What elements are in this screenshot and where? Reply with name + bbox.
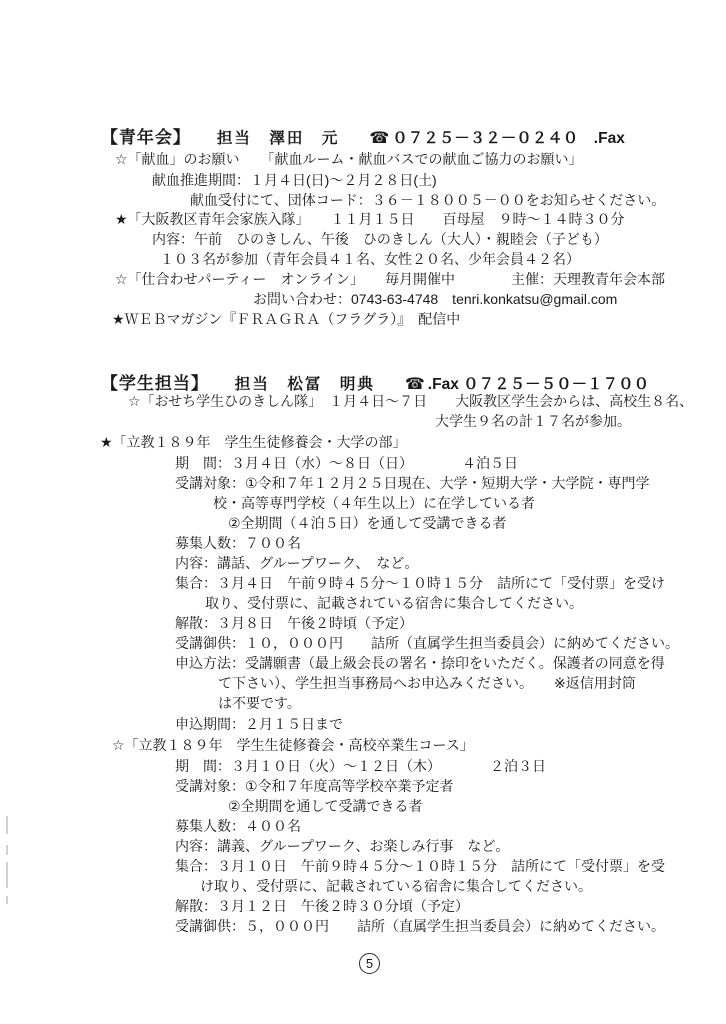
text-line: 取り、受付票に、記載されている宿舎に集合してください。 xyxy=(205,593,583,613)
text-line: 募集人数：７００名 xyxy=(175,533,301,553)
text-line: お問い合わせ：0743-63-4748 tenri.konkatsu@gmail… xyxy=(253,289,617,309)
text-line: は不要です。 xyxy=(218,693,301,713)
text-line: 集合：３月４日 午前９時４５分～１０時１５分 詰所にて「受付票」を受け xyxy=(175,573,665,593)
text-line: 申込期間：２月１５日まで xyxy=(175,714,343,734)
text-line: 校・高等専門学校（４年生以上）に在学している者 xyxy=(213,493,535,513)
text-line: 内容：講話、グループワーク、 など。 xyxy=(175,553,418,573)
text-line: ②全期間を通して受講できる者 xyxy=(228,796,423,816)
phone-icon: ☎ xyxy=(369,130,389,147)
text-line: 献血受付にて、団体コード：３６－１８００５－００をお知らせください。 xyxy=(190,190,665,210)
text-line: 内容：講義、グループワーク、お楽しみ行事 など。 xyxy=(175,836,509,856)
page-number: 5 xyxy=(359,953,380,974)
text-line: １０３名が参加（青年会員４１名、女性２０名、少年会員４２名） xyxy=(160,249,580,269)
text-line: け取り、受付票に、記載されている宿舎に集合してください。 xyxy=(200,876,592,896)
text-line: ★ＷＥＢマガジン『ＦＲＡＧＲＡ（フラグラ）』 配信中 xyxy=(112,309,460,329)
text-line: 大学生９名の計１７名が参加。 xyxy=(435,411,631,431)
text-line: ☆「献血」のお願い 「献血ルーム・献血バスでの献血ご協力のお願い」 xyxy=(115,149,583,169)
text-line: 解散：３月１２日 午後２時３０分頃（予定） xyxy=(175,896,469,916)
text-line: ★「立教１８９年 学生生徒修養会・大学の部」 xyxy=(100,432,407,452)
text-line: 期 間：３月１０日（火）～１２日（木） ２泊３日 xyxy=(175,756,546,776)
text-line: 集合：３月１０日 午前９時４５分～１０時１５分 詰所にて「受付票」を受 xyxy=(175,856,665,876)
text-line: 受講御供：１０，０００円 詰所（直属学生担当委員会）に納めてください。 xyxy=(175,633,679,653)
section-contact: 担当 澤田 元 xyxy=(217,130,340,147)
text-line: ②全期間（４泊５日）を通して受講できる者 xyxy=(228,513,507,533)
phone-block: ☎０７２５－３２－０２４０ .Fax xyxy=(369,130,624,147)
text-line: 受講対象：①令和７年１２月２５日現在、大学・短期大学・大学院・専門学 xyxy=(175,473,650,493)
text-line: ★「大阪教区青年会家族入隊」 １１月１５日 百母屋 ９時～１４時３０分 xyxy=(115,209,625,229)
scan-artifact-mark xyxy=(6,896,8,904)
scan-artifact-mark xyxy=(6,845,8,855)
scan-artifact-mark xyxy=(6,816,8,834)
scanned-document-page: 【青年会】担当 澤田 元☎０７２５－３２－０２４０ .Fax ☆「献血」のお願い… xyxy=(0,0,726,1024)
text-line: 受講対象：①令和７年度高等学校卒業予定者 xyxy=(175,776,454,796)
text-line: 期 間：３月４日（水）～８日（日） ４泊５日 xyxy=(175,453,518,473)
phone-number: ０７２５－３２－０２４０ .Fax xyxy=(392,130,625,147)
text-line: 内容：午前 ひのきしん、午後 ひのきしん（大人）・親睦会（子ども） xyxy=(152,229,608,249)
text-line: て下さい）、学生担当事務局へお申込みください。 ※返信用封筒 xyxy=(218,673,636,693)
scan-artifact-mark xyxy=(6,862,8,888)
text-line: 献血推進期間：１月４日(日)～２月２８日(土) xyxy=(152,170,437,190)
text-line: ☆「おせち学生ひのきしん隊」 １月４日～７日 大阪教区学生会からは、高校生８名、 xyxy=(128,391,693,411)
text-line: 募集人数：４００名 xyxy=(175,816,301,836)
section-title: 【青年会】 xyxy=(101,128,191,147)
text-line: ☆「立教１８９年 学生生徒修養会・高校卒業生コース」 xyxy=(112,735,474,755)
text-line: 受講御供：５，０００円 詰所（直属学生担当委員会）に納めてください。 xyxy=(175,916,665,936)
text-line: ☆「仕合わせパーティー オンライン」 毎月開催中 主催：天理教青年会本部 xyxy=(115,269,665,289)
text-line: 申込方法：受講願書（最上級会長の署名・捺印をいただく。保護者の同意を得 xyxy=(175,653,665,673)
text-line: 解散：３月８日 午後２時頃（予定） xyxy=(175,613,413,633)
